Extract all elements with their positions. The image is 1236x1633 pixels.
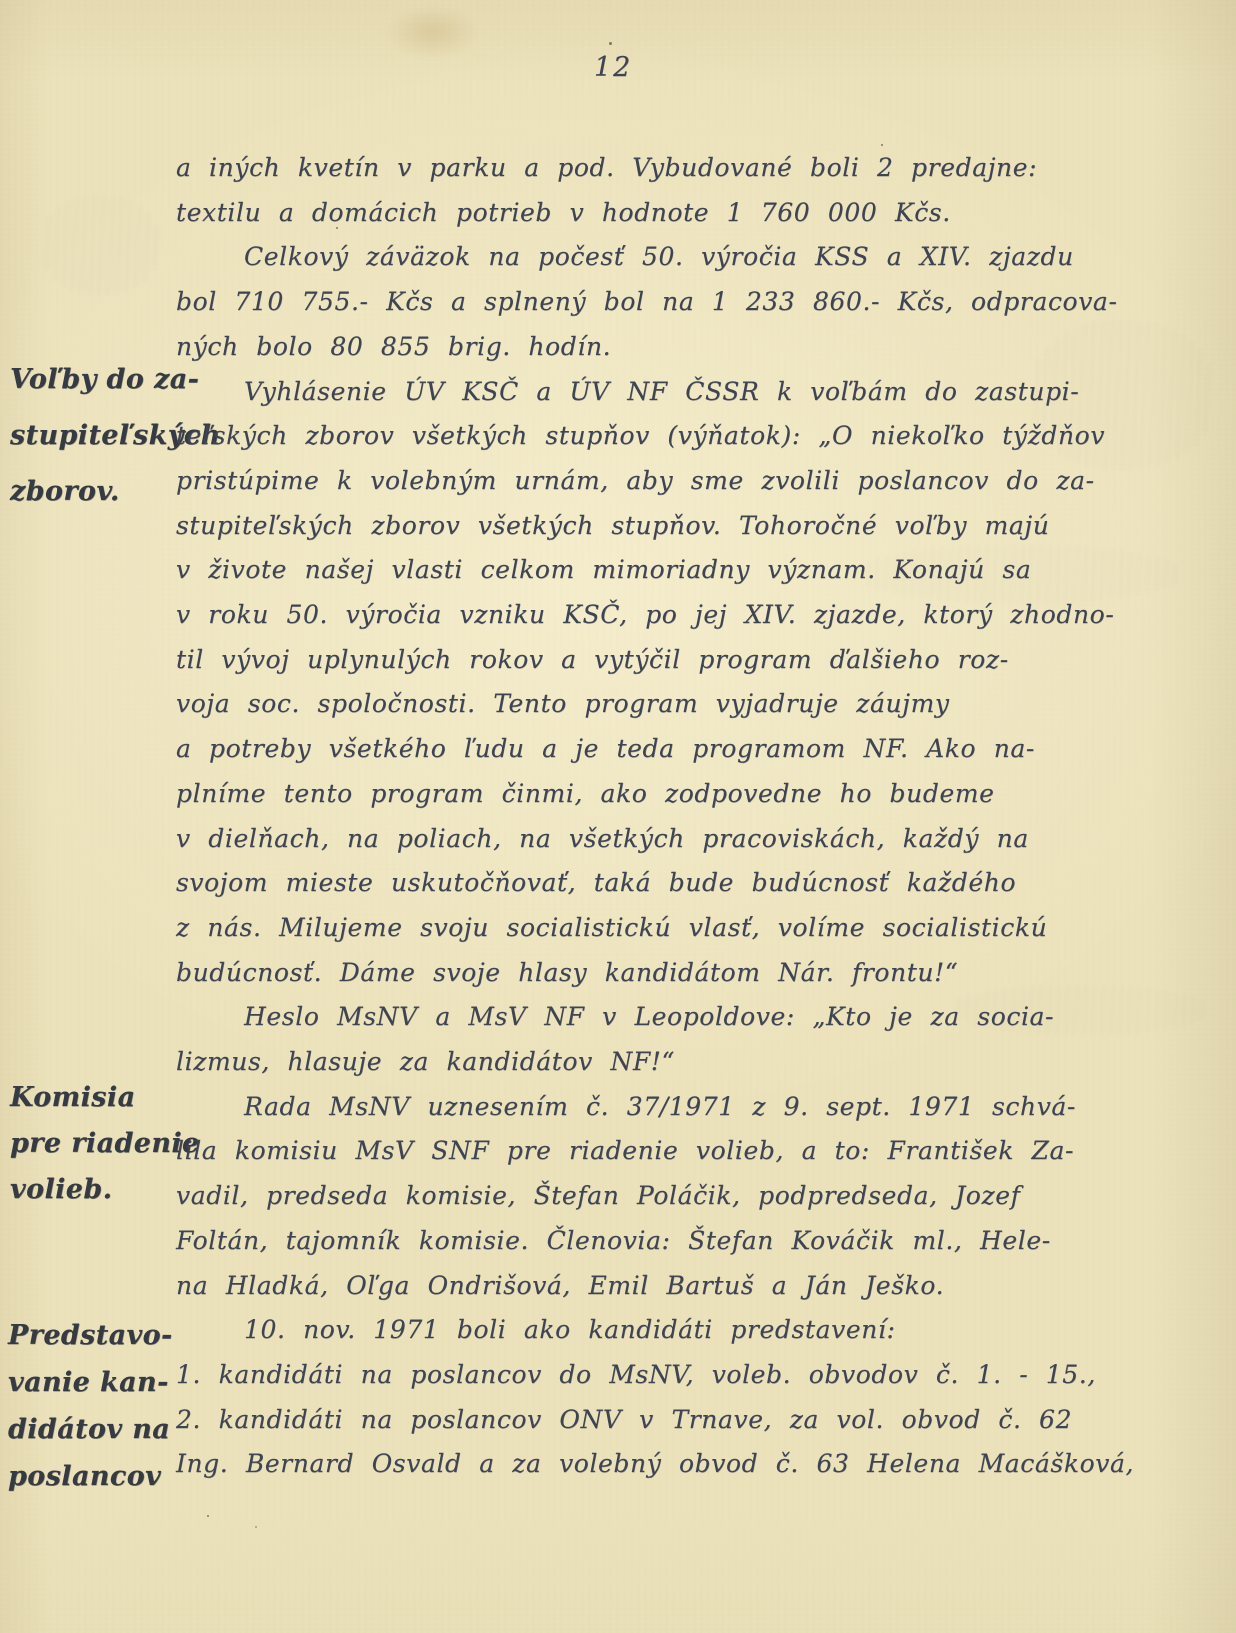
body-line: v živote našej vlasti celkom mimoriadny …	[176, 548, 1236, 593]
margin-note-line: Komisia	[10, 1075, 185, 1121]
margin-note-line: volieb.	[10, 1167, 185, 1213]
margin-note-line: Voľby do za-	[10, 352, 185, 408]
body-line: a iných kvetín v parku a pod. Vybudované…	[176, 146, 1236, 191]
margin-note-line: pre riadenie	[10, 1121, 185, 1167]
ink-speck	[255, 1526, 257, 1528]
body-line: Celkový záväzok na počesť 50. výročia KS…	[176, 235, 1236, 280]
body-line: plníme tento program činmi, ako zodpoved…	[176, 772, 1236, 817]
body-line: bol 710 755.- Kčs a splnený bol na 1 233…	[176, 280, 1236, 325]
body-line: til vývoj uplynulých rokov a vytýčil pro…	[176, 638, 1236, 683]
margin-note-line: didátov na	[8, 1406, 183, 1453]
ink-showthrough-smudge	[40, 195, 160, 295]
body-line: lila komisiu MsV SNF pre riadenie volieb…	[176, 1129, 1236, 1174]
body-line: teľských zborov všetkých stupňov (výňato…	[176, 414, 1236, 459]
paper-stain	[385, 6, 480, 58]
body-line: na Hladká, Oľga Ondrišová, Emil Bartuš a…	[176, 1264, 1236, 1309]
body-line: textilu a domácich potrieb v hodnote 1 7…	[176, 191, 1236, 236]
body-line: Rada MsNV uznesením č. 37/1971 z 9. sept…	[176, 1085, 1236, 1130]
margin-note-line: stupiteľských	[10, 408, 185, 464]
body-line: pristúpime k volebným urnám, aby sme zvo…	[176, 459, 1236, 504]
body-line: Ing. Bernard Osvald a za volebný obvod č…	[176, 1442, 1236, 1487]
body-line: v roku 50. výročia vzniku KSČ, po jej XI…	[176, 593, 1236, 638]
body-line: ných bolo 80 855 brig. hodín.	[176, 325, 1236, 370]
body-line: Foltán, tajomník komisie. Členovia: Štef…	[176, 1219, 1236, 1264]
body-line: a potreby všetkého ľudu a je teda progra…	[176, 727, 1236, 772]
margin-note-line: poslancov	[8, 1453, 183, 1500]
margin-note-line: zborov.	[10, 464, 185, 520]
body-line: 10. nov. 1971 boli ako kandidáti predsta…	[176, 1308, 1236, 1353]
body-line: v dielňach, na poliach, na všetkých prac…	[176, 817, 1236, 862]
body-line: voja soc. spoločnosti. Tento program vyj…	[176, 682, 1236, 727]
body-line: z nás. Milujeme svoju socialistickú vlas…	[176, 906, 1236, 951]
body-line: svojom mieste uskutočňovať, taká bude bu…	[176, 861, 1236, 906]
body-line: Heslo MsNV a MsV NF v Leopoldove: „Kto j…	[176, 995, 1236, 1040]
ink-speck	[207, 1515, 209, 1517]
margin-note-line: Predstavo-	[8, 1312, 183, 1359]
body-text: a iných kvetín v parku a pod. Vybudované…	[176, 146, 1236, 1487]
body-line: 1. kandidáti na poslancov do MsNV, voleb…	[176, 1353, 1236, 1398]
body-line: budúcnosť. Dáme svoje hlasy kandidátom N…	[176, 951, 1236, 996]
page-number: 12	[594, 52, 632, 83]
body-line: stupiteľských zborov všetkých stupňov. T…	[176, 504, 1236, 549]
body-line: vadil, predseda komisie, Štefan Poláčik,…	[176, 1174, 1236, 1219]
body-line: Vyhlásenie ÚV KSČ a ÚV NF ČSSR k voľbám …	[176, 370, 1236, 415]
margin-note-volby-do-zastupitelskych-zborov: Voľby do za- stupiteľských zborov.	[10, 352, 185, 520]
body-line: lizmus, hlasuje za kandidátov NF!“	[176, 1040, 1236, 1085]
margin-note-predstavovanie-kandidatov: Predstavo- vanie kan- didátov na poslanc…	[8, 1312, 183, 1500]
margin-note-komisia-pre-riadenie-volieb: Komisia pre riadenie volieb.	[10, 1075, 185, 1213]
ink-speck	[609, 42, 612, 45]
body-line: 2. kandidáti na poslancov ONV v Trnave, …	[176, 1398, 1236, 1443]
margin-note-line: vanie kan-	[8, 1359, 183, 1406]
